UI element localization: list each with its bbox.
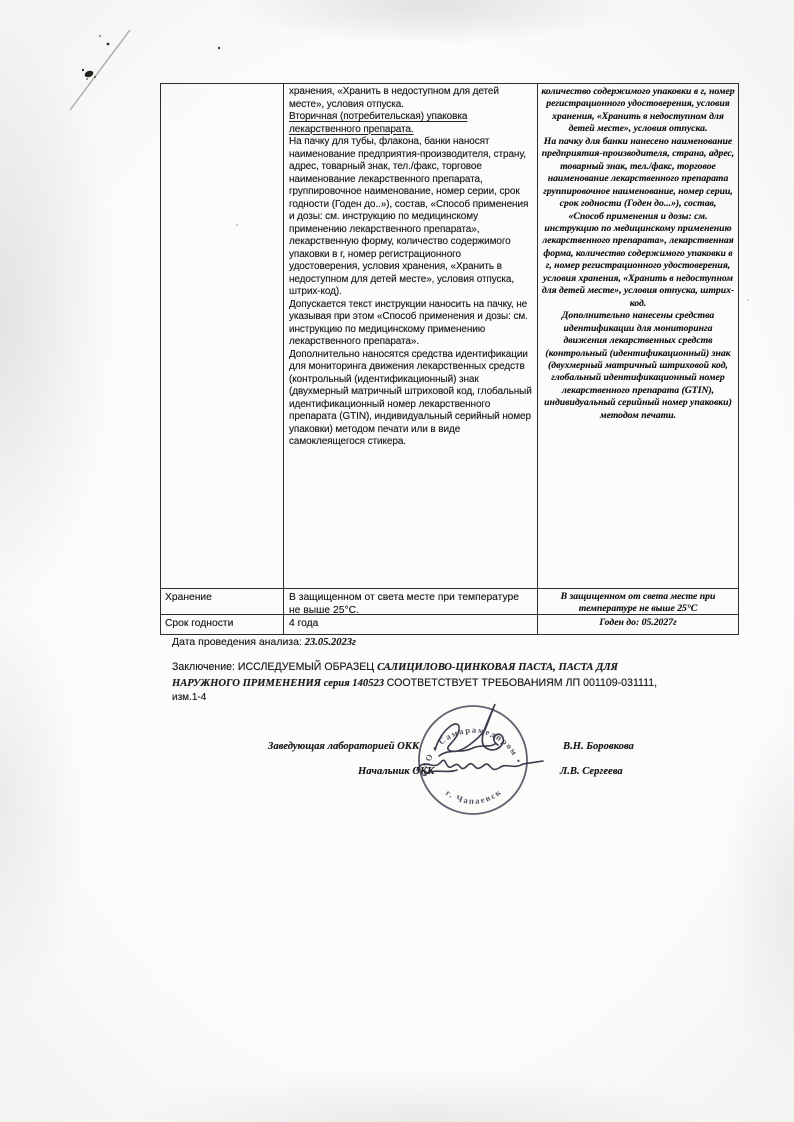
analysis-date-value: 23.05.2023г: [305, 637, 356, 648]
analysis-date-line: Дата проведения анализа: 23.05.2023г: [172, 636, 356, 648]
speck: [747, 299, 749, 301]
analysis-table: хранения, «Хранить в недоступном для дет…: [160, 83, 739, 635]
conclusion-amendment: изм.1-4: [172, 691, 684, 706]
signature-scribble-sergeeva: [417, 760, 543, 774]
analysis-date-label: Дата проведения анализа:: [172, 636, 305, 648]
stamp-city-text: г. Чапаевск: [444, 786, 504, 806]
stamp-outer-ring: [419, 706, 527, 814]
secondary-packaging-heading: Вторичная (потребительская) упаковка лек…: [289, 111, 467, 135]
packaging-text-part1: хранения, «Хранить в недоступном для дет…: [289, 86, 499, 110]
packaging-results-cell: количество содержимого упаковки в г, ном…: [538, 84, 738, 589]
conclusion-label: Заключение:: [172, 661, 238, 673]
storage-requirement: В защищенном от света месте при температ…: [284, 589, 538, 615]
fold-line: [70, 30, 130, 110]
shelf-life-label: Срок годности: [161, 615, 284, 634]
shelf-life-requirement: 4 года: [284, 615, 538, 634]
storage-result: В защищенном от света месте при температ…: [538, 589, 738, 615]
shelf-life-result: Годен до: 05.2027г: [538, 615, 738, 634]
signature-name-borovkova: В.Н. Боровкова: [563, 741, 634, 752]
signature-scribble-borovkova: [435, 704, 503, 756]
packaging-requirements-cell: хранения, «Хранить в недоступном для дет…: [284, 84, 538, 589]
conclusion-sample-prefix: ИССЛЕДУЕМЫЙ ОБРАЗЕЦ: [238, 661, 377, 673]
signature-title-qc-chief: Начальник ОКК: [358, 766, 434, 777]
signature-name-sergeeva: Л.В. Сергеева: [560, 766, 623, 777]
signature-title-lab-head: Заведующая лабораторией ОКК: [268, 741, 419, 752]
speck: [107, 43, 110, 46]
stamp-org-text: ОАО • Самарамедпром •: [419, 725, 524, 777]
conclusion-paragraph: Заключение: ИССЛЕДУЕМЫЙ ОБРАЗЕЦ САЛИЦИЛО…: [172, 660, 684, 706]
storage-label: Хранение: [161, 589, 284, 615]
ink-blot: [82, 69, 96, 80]
packaging-text-part2: На пачку для тубы, флакона, банки нанося…: [289, 136, 532, 447]
empty-label-cell: [161, 84, 284, 589]
conclusion-verdict: СООТВЕТСТВУЕТ ТРЕБОВАНИЯМ ЛП 001109-0311…: [387, 677, 657, 689]
speck: [218, 47, 220, 49]
speck: [99, 35, 101, 37]
conclusion-series: серия 140523: [324, 678, 387, 689]
